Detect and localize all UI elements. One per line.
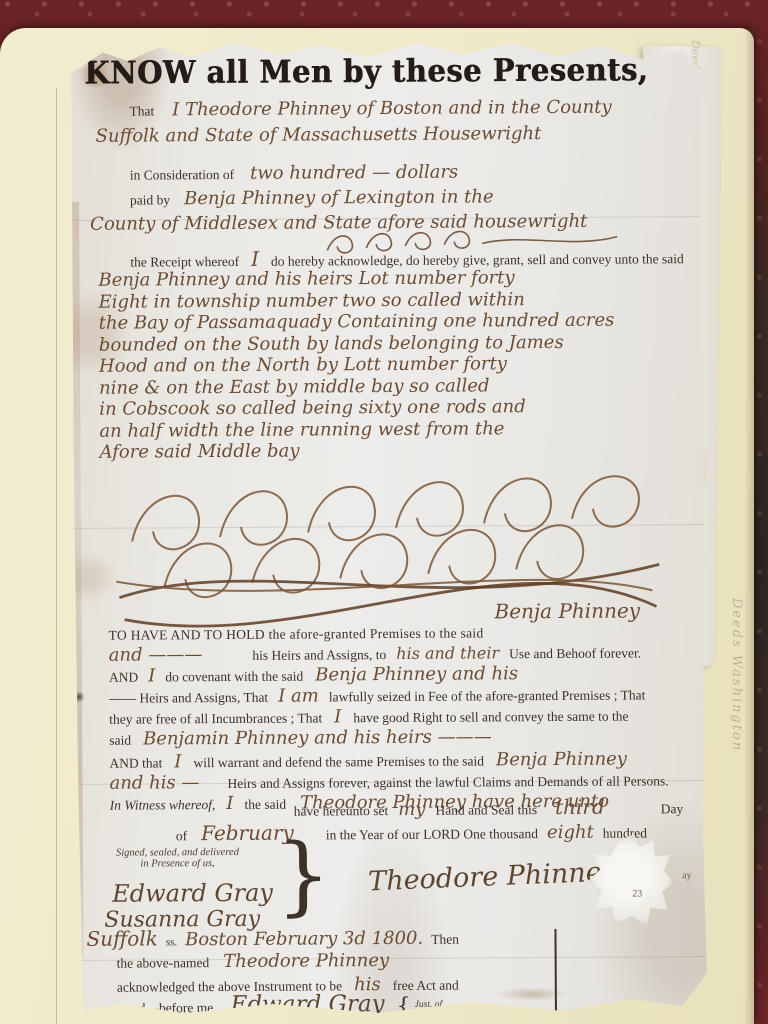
printed-to-have: TO HAVE AND TO HOLD the afore-granted Pr… (109, 625, 484, 642)
printed-seized: lawfully seized in Fee of the afore-gran… (329, 687, 646, 704)
printed-free-act: free Act and (393, 978, 459, 993)
printed-incumbrances: they are free of all Incumbrances ; That (109, 710, 322, 726)
printed-use-behoof: Use and Behoof forever. (509, 645, 641, 661)
printed-year-of-lord: in the Year of our LORD One thousand (326, 826, 538, 842)
handwritten-i-am: I am (278, 685, 319, 706)
property-line: Benja Phinney and his heirs Lot number f… (98, 267, 614, 292)
printed-and: AND (109, 670, 138, 685)
pencil-annotation: Deeds Washington (729, 598, 744, 752)
handwritten-grantee: Benja Phinney and his (315, 663, 518, 685)
printed-the-said: the said (244, 797, 286, 812)
curly-brace: } (276, 832, 331, 918)
printed-then: Then (431, 932, 459, 947)
printed-signed-sealed: Signed, sealed, and delivered (116, 847, 239, 859)
printed-that: That (129, 103, 154, 118)
grantor-signature: Theodore Phinney (368, 856, 618, 897)
printed-warrant: will warrant and defend the same Premise… (193, 753, 484, 770)
printed-presence: in Presence of us, (116, 858, 239, 870)
handwritten-i: I (148, 665, 155, 686)
witness-signature-edward-gray: Edward Gray (112, 879, 273, 908)
handwritten-i: I (334, 706, 341, 727)
page-mark: 23 (632, 888, 642, 899)
printed-day: Day (661, 801, 684, 816)
printed-covenant: do covenant with the said (165, 669, 303, 685)
handwritten-benjamin: Benjamin Phinney and his heirs ——— (143, 726, 492, 749)
printed-above-named: the above-named (117, 955, 210, 971)
handwritten-acknowledger: Theodore Phinney (223, 950, 389, 972)
deed-document: KNOW all Men by these Presents, That I T… (71, 38, 707, 1016)
printed-of: of (176, 828, 187, 843)
printed-paid-by: paid by (130, 192, 170, 207)
handwritten-and-dash: and ——— (109, 644, 203, 666)
handwritten-day-word: third (555, 795, 605, 819)
handwritten-eight: eight (547, 822, 594, 843)
printed-receipt-post: do hereby acknowledge, do hereby give, g… (271, 251, 684, 269)
property-line: the Bay of Passamaquady Containing one h… (99, 310, 615, 335)
property-line: an half width the line running west from… (99, 417, 615, 442)
handwritten-county: Suffolk (86, 926, 157, 950)
photo-of-deed: { "colors":{"paper":"#eae8e3","folder":"… (0, 0, 768, 1024)
printed-heirs-that: —— Heirs and Assigns, That (109, 690, 268, 706)
handwritten-i: I (251, 247, 259, 271)
printed-consideration: in Consideration of (130, 167, 234, 183)
handwritten-grantor-2: Suffolk and State of Massachusetts House… (96, 123, 542, 147)
printed-hand-seal: Hand and Seal this (435, 802, 537, 818)
property-line: bounded on the South by lands belonging … (99, 331, 615, 356)
printed-receipt-pre: the Receipt whereof (130, 254, 239, 270)
handwritten-and-his: and his — (109, 772, 199, 794)
folder-crease (56, 88, 57, 1024)
property-line: Eight in township number two so called w… (99, 288, 615, 313)
printed-said: said (109, 733, 131, 748)
handwritten-i: I (174, 751, 181, 772)
property-line: nine & on the East by middle bay so call… (99, 374, 615, 399)
page-fragment: ay (682, 870, 692, 881)
printed-good-right: have good Right to sell and convey the s… (353, 709, 628, 726)
handwritten-my: my (398, 799, 425, 820)
property-line: Hood and on the North by Lott number for… (99, 353, 615, 378)
attestation-rule (554, 929, 556, 1015)
handwritten-grantee-above: Benja Phinney (494, 598, 640, 623)
printed-forever: Heirs and Assigns forever, against the l… (227, 773, 668, 791)
printed-heirs-assigns: his Heirs and Assigns, to (252, 647, 386, 663)
handwritten-i: I (226, 793, 233, 814)
printed-ss: ss. (166, 936, 177, 948)
printed-and-that: AND that (109, 755, 162, 770)
printed-in-witness: In Witness whereof, (110, 797, 216, 813)
folder-edge-shadow (744, 28, 754, 1024)
handwritten-place-date: Boston February 3d 1800. (185, 928, 423, 950)
handwritten-payer: Benja Phinney of Lexington in the (184, 186, 494, 209)
wafer-seal (588, 834, 675, 927)
handwritten-his-their: his and their (396, 643, 499, 663)
printed-hereunto-set: have hereunto set (294, 803, 389, 819)
handwritten-amount: two hundred — dollars (250, 162, 458, 184)
property-line: in Cobscook so called being sixty one ro… (99, 396, 615, 421)
property-line: Afore said Middle bay (99, 439, 615, 464)
handwritten-grantor: I Theodore Phinney of Boston and in the … (172, 97, 612, 121)
handwritten-grantee: Benja Phinney (496, 749, 627, 771)
